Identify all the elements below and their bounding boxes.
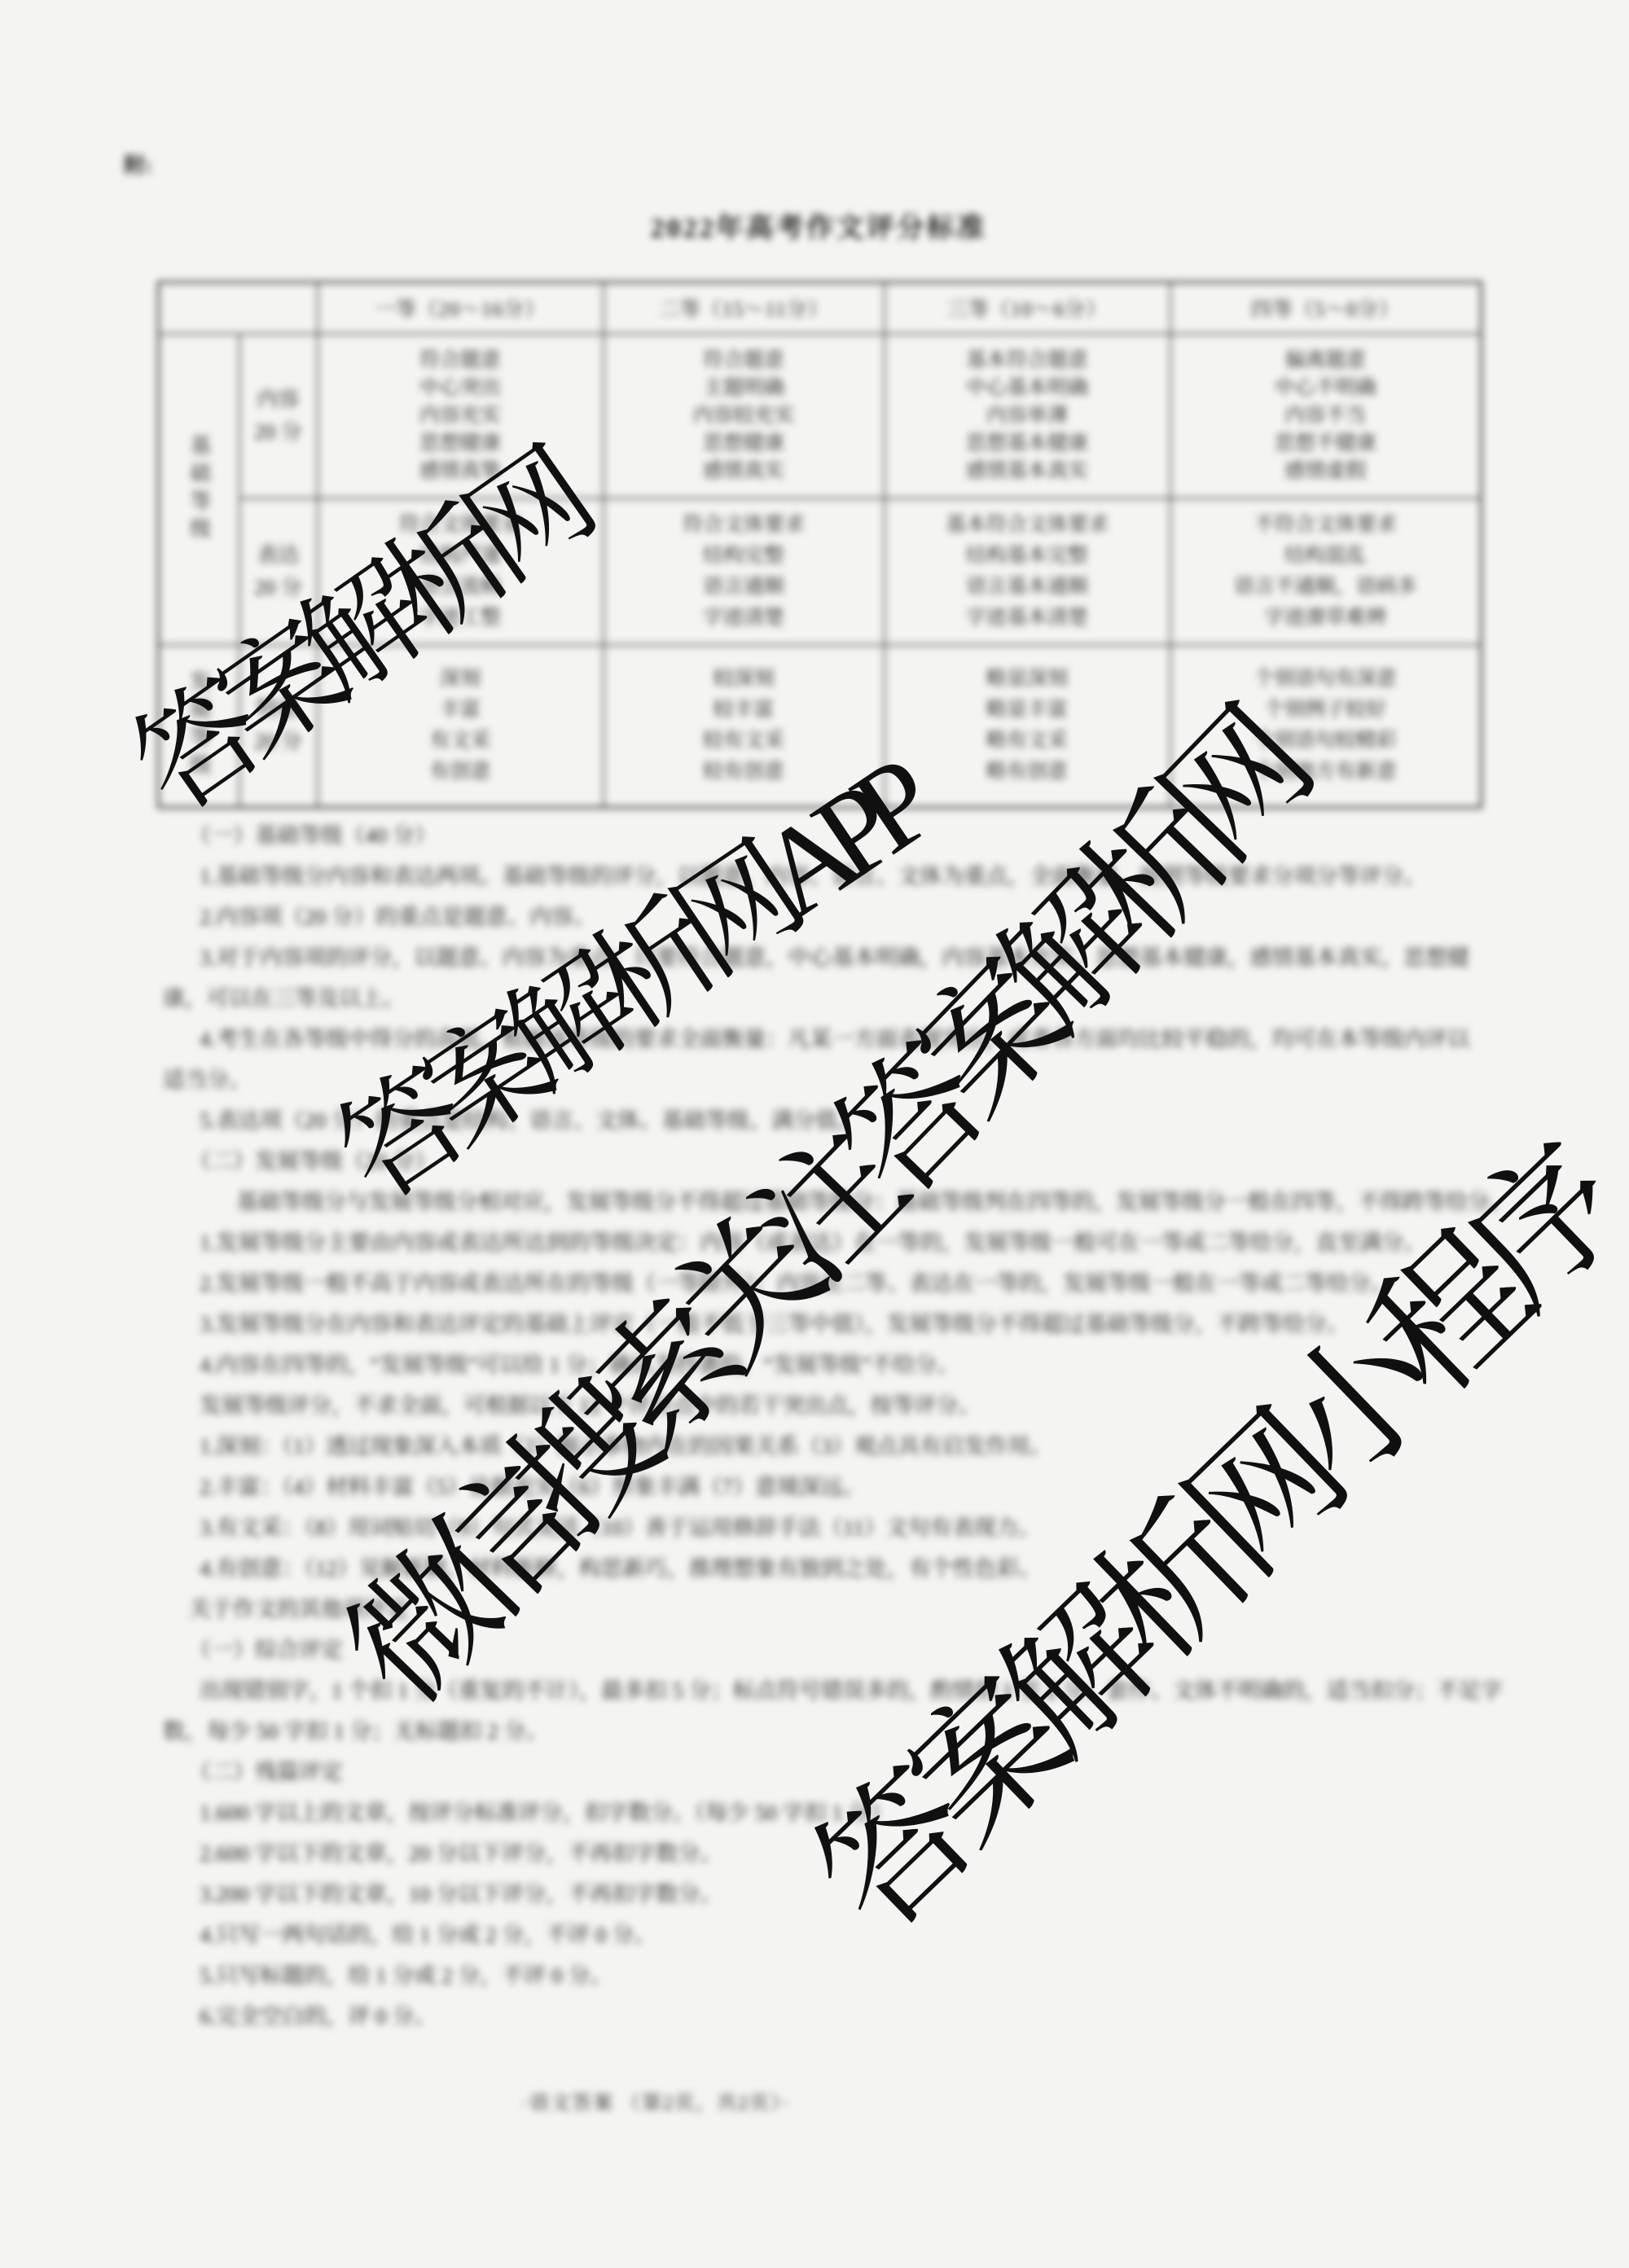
cell-line: 符合文体要求 xyxy=(604,510,884,541)
column-header-grade1: 一等（20～16分） xyxy=(318,283,604,334)
cell-line: 符合题意 xyxy=(604,347,884,375)
cell-line: 字迹基本清楚 xyxy=(885,603,1170,634)
cell-line: 主题明确 xyxy=(604,375,884,402)
cell-line: 感情基本真实 xyxy=(885,458,1170,485)
body-line: 4.只写一两句话的，给 1 分或 2 分，不评 0 分。 xyxy=(163,1915,1515,1955)
cell-line: 不符合文体要求 xyxy=(1171,510,1481,541)
table-cell: 偏离题意中心不明确内容不当思想不健康感情虚假 xyxy=(1170,334,1482,498)
margin-note: 附: xyxy=(124,149,152,179)
cell-line: 思想健康 xyxy=(604,430,884,458)
page-footer: ·语文答案 （第2页，共2页）· xyxy=(521,2086,790,2115)
cell-line: 内容充实 xyxy=(318,402,603,430)
cell-line: 个别语句有深意 xyxy=(1171,664,1481,695)
cell-line: 内容不当 xyxy=(1171,402,1481,430)
cell-line: 中心不明确 xyxy=(1171,375,1481,402)
cell-line: 语言不通顺，语病多 xyxy=(1171,572,1481,603)
cell-line: 中心突出 xyxy=(318,375,603,402)
body-line: 5.只写标题的，给 1 分或 2 分，不评 0 分。 xyxy=(163,1955,1515,1996)
cell-line: 基本符合题意 xyxy=(885,347,1170,375)
cell-line: 偏离题意 xyxy=(1171,347,1481,375)
table-cell: 符合题意主题明确内容较充实思想健康感情真实 xyxy=(604,334,885,498)
column-header-grade2: 二等（15～11分） xyxy=(604,283,885,334)
cell-line: 感情虚假 xyxy=(1171,458,1481,485)
cell-line: 语言基本通顺 xyxy=(885,572,1170,603)
row-label-content: 内容20 分 xyxy=(239,334,318,498)
cell-line: 较深刻 xyxy=(604,664,884,695)
cell-line: 结构混乱 xyxy=(1171,541,1481,572)
page-title: 2022年高考作文评分标准 xyxy=(651,205,987,245)
body-line: 3.对于内容项的评分，以题意、内容为重点：只要符合题意，中心基本明确，内容基本充… xyxy=(163,937,1515,978)
cell-line: 字迹清楚 xyxy=(604,603,884,634)
cell-line: 20 分 xyxy=(240,416,317,449)
table-cell: 基本符合文体要求结构基本完整语言基本通顺字迹基本清楚 xyxy=(885,498,1170,645)
cell-line: 内容较充实 xyxy=(604,402,884,430)
cell-line: 基本符合文体要求 xyxy=(885,510,1170,541)
cell-line: 略显深刻 xyxy=(885,664,1170,695)
body-line: 康，可以在三等及以上。 xyxy=(163,978,1515,1019)
cell-line: 内容单薄 xyxy=(885,402,1170,430)
cell-line: 思想不健康 xyxy=(1171,430,1481,458)
cell-line: 语言通顺 xyxy=(604,572,884,603)
cell-line: 结构基本完整 xyxy=(885,541,1170,572)
table-corner-cell xyxy=(159,283,318,334)
table-cell: 符合文体要求结构完整语言通顺字迹清楚 xyxy=(604,498,885,645)
cell-line: 内容 xyxy=(240,384,317,416)
cell-line: 字迹潦草难辨 xyxy=(1171,603,1481,634)
column-header-grade4: 四等（5～0分） xyxy=(1170,283,1482,334)
cell-line: 感情真实 xyxy=(604,458,884,485)
cell-line: 思想基本健康 xyxy=(885,430,1170,458)
body-line: 6.完全空白的，评 0 分。 xyxy=(163,1996,1515,2037)
cell-line: 符合题意 xyxy=(318,347,603,375)
table-cell: 基本符合题意中心基本明确内容单薄思想基本健康感情基本真实 xyxy=(885,334,1170,498)
table-cell: 不符合文体要求结构混乱语言不通顺，语病多字迹潦草难辨 xyxy=(1170,498,1482,645)
document-page: 附: 2022年高考作文评分标准 一等（20～16分） 二等（15～11分） 三… xyxy=(0,0,1629,2268)
cell-line: 结构完整 xyxy=(604,541,884,572)
cell-line: 中心基本明确 xyxy=(885,375,1170,402)
cell-line: 有文采 xyxy=(318,726,603,757)
cell-line: 略显丰富 xyxy=(885,695,1170,726)
body-line: 出现错别字，1 个扣 1 分（重复的不计），最多扣 5 分；标点符号错误多的，酌… xyxy=(163,1670,1515,1711)
column-header-grade3: 三等（10～6分） xyxy=(885,283,1170,334)
cell-line: 有创意 xyxy=(318,757,603,787)
row-group-basic-level: 基础等级 xyxy=(159,334,239,645)
